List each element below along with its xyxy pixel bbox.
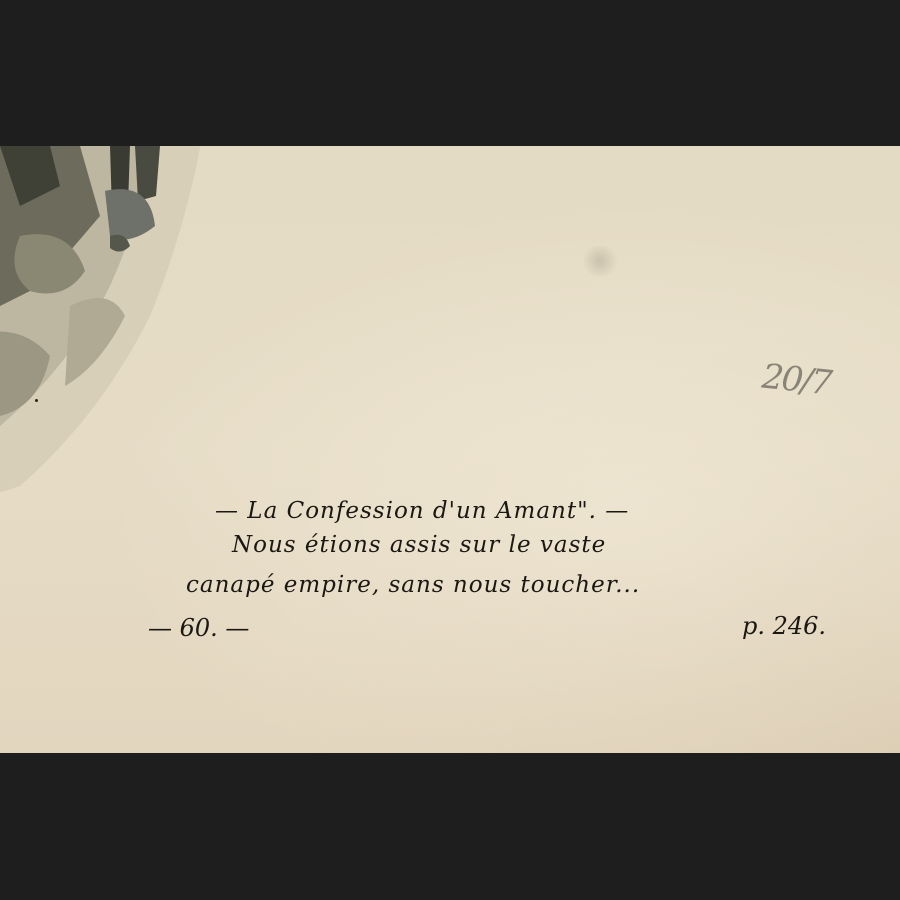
ink-speck bbox=[35, 399, 38, 402]
ink-wash-illustration bbox=[0, 146, 220, 506]
caption-line-3: canapé empire, sans nous toucher... bbox=[186, 572, 640, 598]
pencil-inventory-note: 20/7 bbox=[760, 357, 832, 404]
foxing-spots bbox=[580, 246, 620, 276]
caption-line-2: Nous étions assis sur le vaste bbox=[232, 532, 606, 558]
caption-title: — La Confession d'un Amant". — bbox=[215, 498, 629, 524]
page-reference: p. 246. bbox=[742, 612, 826, 640]
plate-number: — 60. — bbox=[148, 614, 249, 642]
top-black-border bbox=[0, 0, 900, 146]
paper-sheet: 20/7 — La Confession d'un Amant". — Nous… bbox=[0, 146, 900, 753]
bottom-black-border bbox=[0, 753, 900, 900]
